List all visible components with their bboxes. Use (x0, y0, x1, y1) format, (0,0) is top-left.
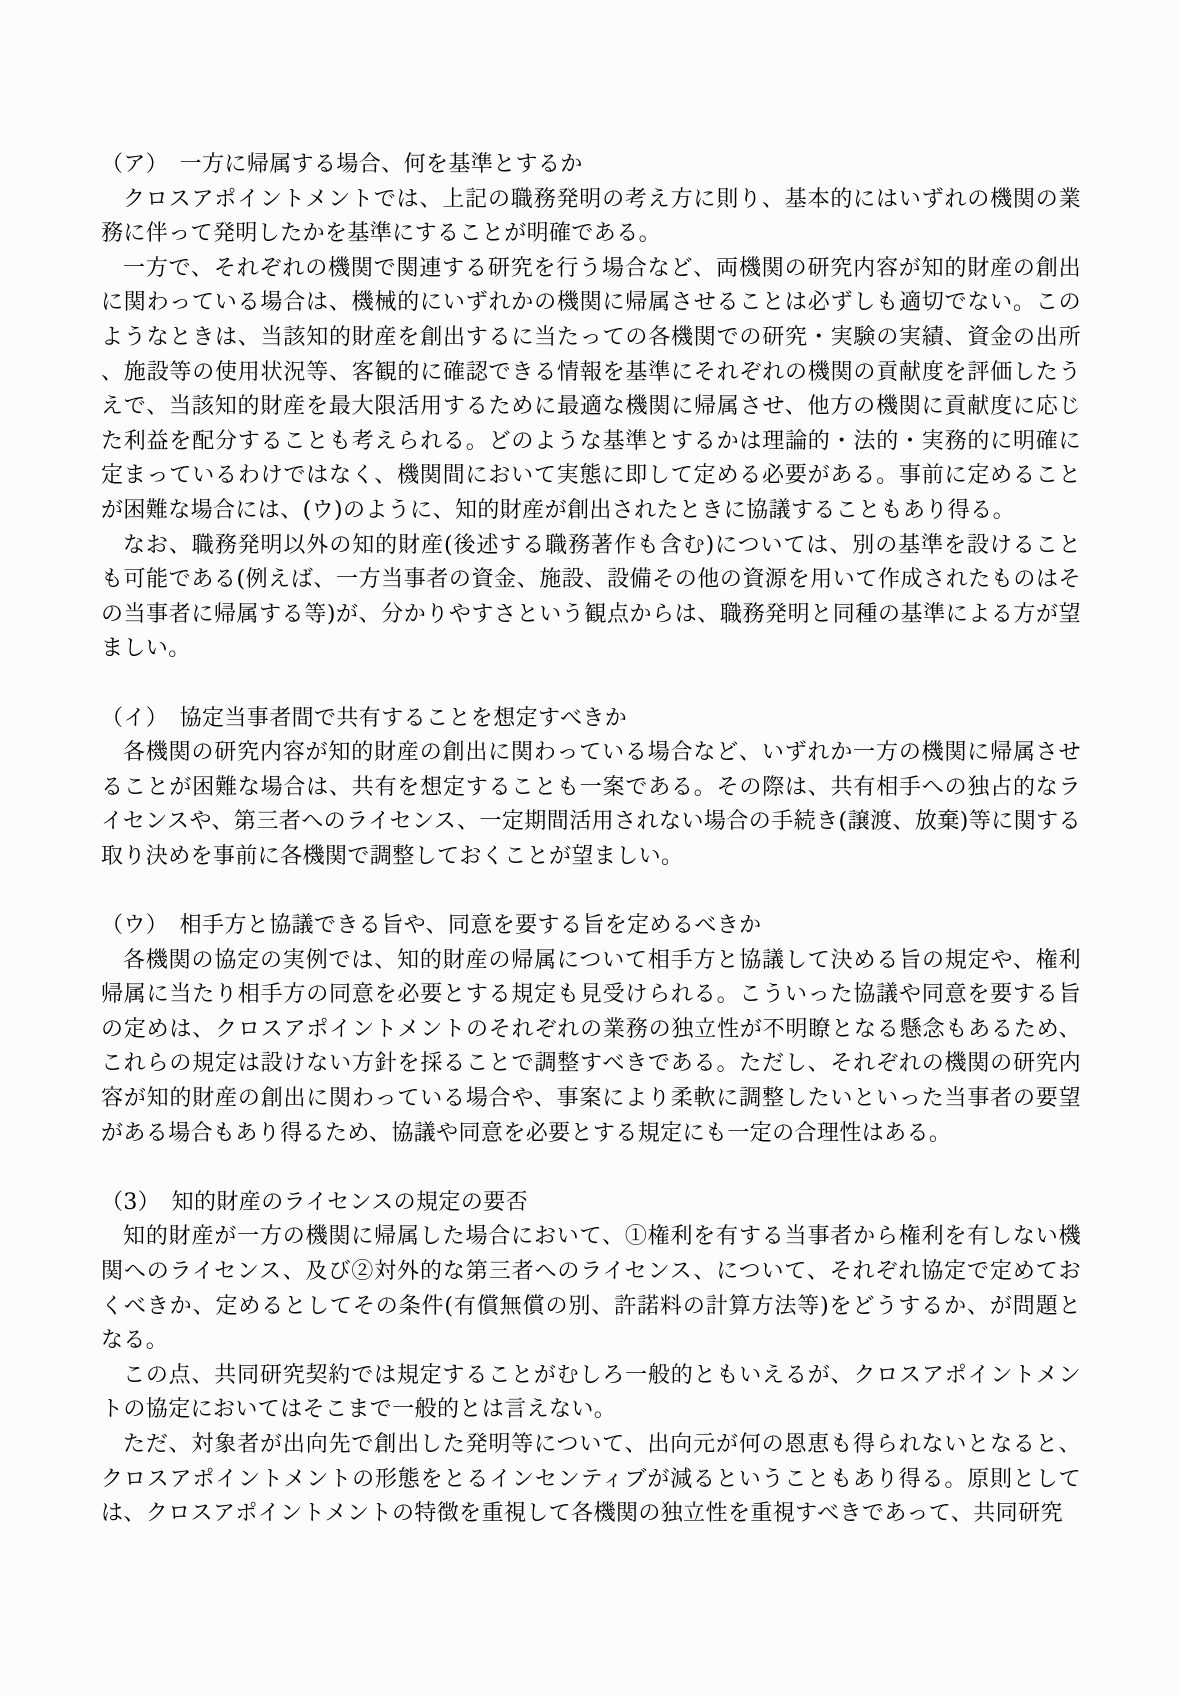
section-heading-3: （3） 知的財産のライセンスの規定の要否 (101, 1186, 1081, 1221)
section-heading-a: （ア） 一方に帰属する場合、何を基準とするか (101, 148, 1081, 183)
section-3-license-provisions: （3） 知的財産のライセンスの規定の要否 知的財産が一方の機関に帰属した場合にお… (101, 1186, 1081, 1532)
paragraph: 各機関の協定の実例では、知的財産の帰属について相手方と協議して決める旨の規定や、… (101, 944, 1081, 1152)
paragraph: この点、共同研究契約では規定することがむしろ一般的ともいえるが、クロスアポイント… (101, 1359, 1081, 1428)
paragraph: 各機関の研究内容が知的財産の創出に関わっている場合など、いずれか一方の機関に帰属… (101, 736, 1081, 874)
section-a-attribution-criteria: （ア） 一方に帰属する場合、何を基準とするか クロスアポイントメントでは、上記の… (101, 148, 1081, 667)
paragraph: ただ、対象者が出向先で創出した発明等について、出向元が何の恩恵も得られないとなる… (101, 1428, 1081, 1532)
section-heading-b: （イ） 協定当事者間で共有することを想定すべきか (101, 702, 1081, 737)
section-b-joint-ownership: （イ） 協定当事者間で共有することを想定すべきか 各機関の研究内容が知的財産の創… (101, 702, 1081, 875)
paragraph: 知的財産が一方の機関に帰属した場合において、①権利を有する当事者から権利を有しな… (101, 1220, 1081, 1358)
paragraph: 一方で、それぞれの機関で関連する研究を行う場合など、両機関の研究内容が知的財産の… (101, 252, 1081, 529)
section-c-consultation-consent: （ウ） 相手方と協議できる旨や、同意を要する旨を定めるべきか 各機関の協定の実例… (101, 909, 1081, 1151)
paragraph: クロスアポイントメントでは、上記の職務発明の考え方に則り、基本的にはいずれの機関… (101, 183, 1081, 252)
section-heading-c: （ウ） 相手方と協議できる旨や、同意を要する旨を定めるべきか (101, 909, 1081, 944)
document-page: （ア） 一方に帰属する場合、何を基準とするか クロスアポイントメントでは、上記の… (0, 0, 1181, 1695)
paragraph: なお、職務発明以外の知的財産(後述する職務著作も含む)については、別の基準を設け… (101, 529, 1081, 667)
